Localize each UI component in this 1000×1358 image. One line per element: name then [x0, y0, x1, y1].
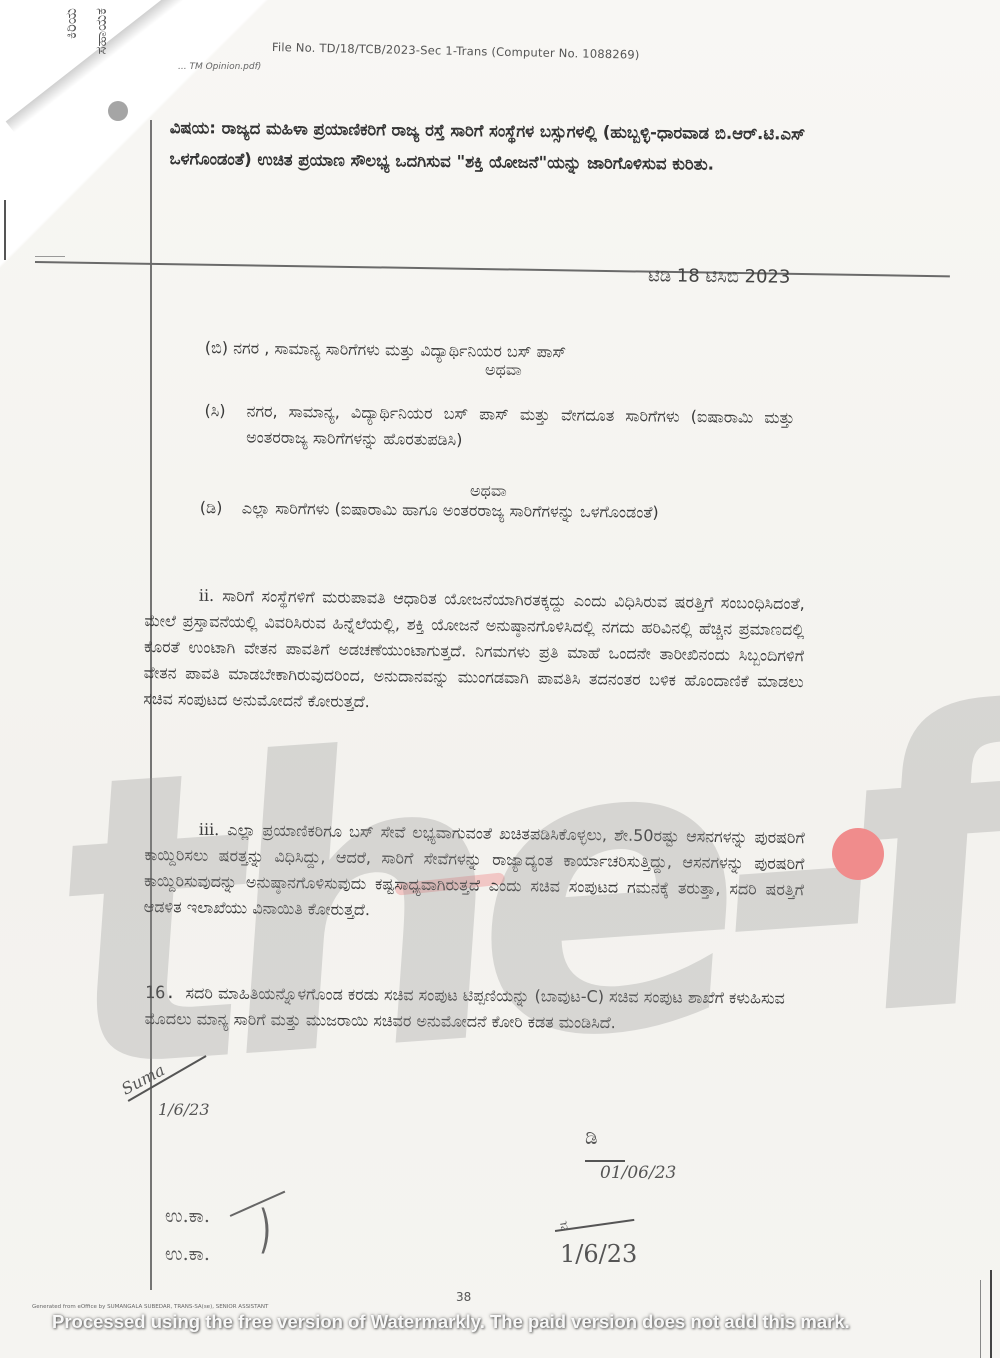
- signature: ಡಿ: [585, 1125, 598, 1149]
- generated-by-note: Generated from eOffice by SUMANGALA SUBE…: [32, 1304, 268, 1310]
- paragraph-marker: 16.: [145, 983, 176, 1003]
- signature-stroke: [230, 1191, 285, 1217]
- paragraph-marker: ii.: [199, 586, 215, 605]
- option-d-label: (ಡಿ): [200, 495, 223, 521]
- paragraph-text: ಎಲ್ಲಾ ಪ್ರಯಾಣಿಕರಿಗೂ ಬಸ್ ಸೇವೆ ಲಭ್ಯವಾಗುವಂತೆ…: [144, 820, 805, 919]
- paragraph-text: ಸಾರಿಗೆ ಸಂಸ್ಥೆಗಳಿಗೆ ಮರುಪಾವತಿ ಆಧಾರಿತ ಯೋಜನೆ…: [143, 586, 805, 711]
- signature: ಉ.ಕಾ.: [165, 1243, 210, 1265]
- edge-line: [4, 200, 6, 260]
- margin-note: ಸಹಾಯಕ: [92, 8, 110, 54]
- edge-line: [990, 1270, 992, 1358]
- paragraph-ii: ii.ಸಾರಿಗೆ ಸಂಸ್ಥೆಗಳಿಗೆ ಮರುಪಾವತಿ ಆಧಾರಿತ ಯೋ…: [143, 582, 805, 721]
- signature-date: 1/6/23: [158, 1100, 210, 1119]
- paragraph-iii: iii.ಎಲ್ಲಾ ಪ್ರಯಾಣಿಕರಿಗೂ ಬಸ್ ಸೇವೆ ಲಭ್ಯವಾಗು…: [144, 816, 805, 929]
- watermarkly-notice: Processed using the free version of Wate…: [52, 1311, 850, 1333]
- margin-note: ಕಿರಿಯ: [62, 8, 80, 39]
- paragraph-text: ಸದರಿ ಮಾಹಿತಿಯನ್ನೊಳಗೊಂಡ ಕರಡು ಸಚಿವ ಸಂಪುಟ ಟಿ…: [145, 983, 785, 1032]
- watermark-dot: [832, 828, 884, 880]
- paragraph-16: 16.ಸದರಿ ಮಾಹಿತಿಯನ್ನೊಳಗೊಂಡ ಕರಡು ಸಚಿವ ಸಂಪುಟ…: [145, 980, 785, 1038]
- punch-hole: [108, 101, 128, 121]
- paragraph-marker: iii.: [199, 820, 220, 839]
- signature-date: 1/6/23: [560, 1240, 637, 1268]
- brace-mark: ): [259, 1200, 271, 1260]
- signature: ನ: [559, 1217, 569, 1234]
- option-c-label: (ಸಿ): [204, 398, 225, 424]
- option-d-text: ಎಲ್ಲಾ ಸಾರಿಗೆಗಳು (ಐಷಾರಾಮಿ ಹಾಗೂ ಅಂತರರಾಜ್ಯ …: [200, 495, 800, 527]
- scanned-document-page: ಕಿರಿಯ ಸಹಾಯಕ File No. TD/18/TCB/2023-Sec …: [0, 0, 1000, 1358]
- option-d: (ಡಿ) ಎಲ್ಲಾ ಸಾರಿಗೆಗಳು (ಐಷಾರಾಮಿ ಹಾಗೂ ಅಂತರರ…: [200, 495, 800, 527]
- option-c: (ಸಿ) ನಗರ, ಸಾಮಾನ್ಯ, ವಿದ್ಯಾರ್ಥಿನಿಯರ ಬಸ್ ಪಾ…: [204, 372, 795, 457]
- stub-line: [35, 256, 65, 257]
- option-c-text: ನಗರ, ಸಾಮಾನ್ಯ, ವಿದ್ಯಾರ್ಥಿನಿಯರ ಬಸ್ ಪಾಸ್ ಮತ…: [204, 398, 795, 457]
- file-number: File No. TD/18/TCB/2023-Sec 1-Trans (Com…: [272, 40, 640, 62]
- signature-date: 01/06/23: [600, 1163, 676, 1183]
- file-name: ... TM Opinion.pdf): [178, 62, 261, 72]
- reference-number: ಟಿಡಿ 18 ಟಿಸಿಬಿ 2023: [648, 265, 791, 287]
- edge-line: [980, 1280, 981, 1358]
- signature-stroke: [585, 1160, 625, 1162]
- signature: ಉ.ಕಾ.: [165, 1205, 210, 1227]
- page-number: 38: [456, 1290, 471, 1304]
- subject-heading: ವಿಷಯ: ರಾಜ್ಯದ ಮಹಿಳಾ ಪ್ರಯಾಣಿಕರಿಗೆ ರಾಜ್ಯ ರಸ…: [169, 112, 830, 181]
- folded-corner: [0, 0, 280, 380]
